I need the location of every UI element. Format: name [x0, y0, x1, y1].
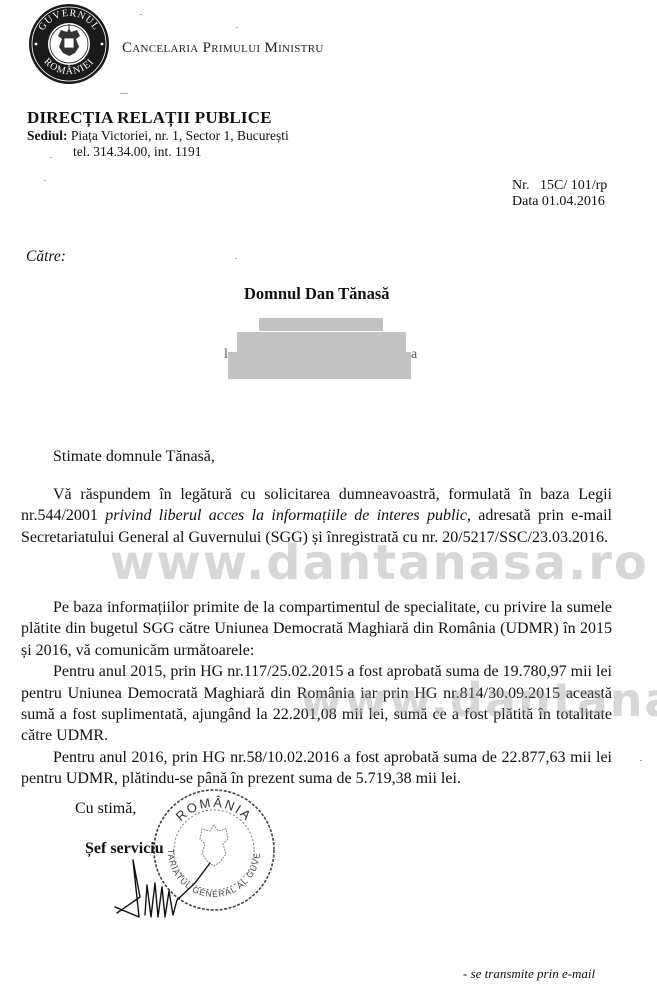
scan-speck [236, 27, 238, 28]
reference-date: Data 01.04.2016 [512, 194, 607, 210]
department-title: DIRECȚIA RELAȚII PUBLICE [27, 108, 272, 128]
reference-number: Nr. 15C/ 101/rp [512, 178, 607, 194]
paragraph-request: Vă răspundem în legătură cu solicitarea … [21, 484, 612, 548]
law-title: privind liberul acces la informațiile de… [105, 507, 467, 524]
scan-speck [50, 157, 52, 158]
agency-name: Cancelaria Primului Ministru [122, 40, 324, 57]
paragraph-2015: Pentru anul 2015, prin HG nr.117/25.02.2… [21, 661, 612, 747]
redacted-address-line [237, 332, 406, 352]
scan-speck [44, 180, 46, 181]
scan-speck [140, 14, 142, 15]
scan-speck [640, 760, 642, 761]
redacted-address-line [259, 318, 383, 331]
scan-speck [120, 93, 128, 94]
recipient-label: Către: [26, 248, 66, 266]
redacted-fragment: a [411, 347, 417, 363]
redacted-address-line [228, 352, 411, 379]
paragraph-context: Pe baza informațiilor primite de la comp… [21, 597, 612, 661]
paragraph-group-amounts: Pe baza informațiilor primite de la comp… [21, 597, 612, 790]
scan-speck [235, 258, 237, 259]
closing-text: Cu stimă, [75, 800, 136, 818]
recipient-name: Domnul Dan Tănasă [244, 284, 390, 304]
handwritten-signature-icon [105, 845, 215, 920]
government-seal-icon: GUVERNUL ROMÂNIEI [27, 2, 111, 86]
svg-text:ROMÂNIA: ROMÂNIA [173, 795, 256, 824]
seat-label: Sediul: [27, 128, 68, 143]
salutation: Stimate domnule Tănasă, [53, 448, 215, 466]
department-phone: tel. 314.34.00, int. 1191 [73, 144, 202, 160]
reference-block: Nr. 15C/ 101/rp Data 01.04.2016 [512, 178, 607, 210]
seat-address: Piața Victoriei, nr. 1, Sector 1, Bucure… [71, 128, 289, 143]
transmission-note: - se transmite prin e-mail [463, 966, 595, 982]
department-address: Sediul: Piața Victoriei, nr. 1, Sector 1… [27, 128, 289, 144]
paragraph-2016: Pentru anul 2016, prin HG nr.58/10.02.20… [21, 747, 612, 790]
